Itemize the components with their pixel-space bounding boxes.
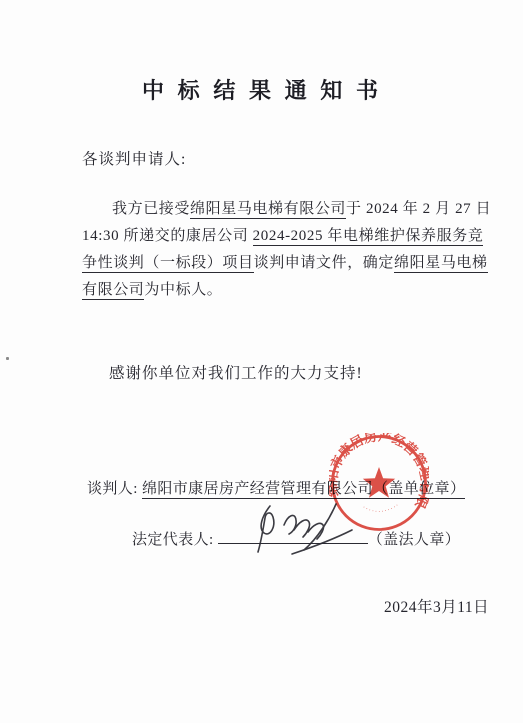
- body-segment-underlined: 争性谈判（一标段）项目: [82, 255, 254, 273]
- body-segment: 于 2024 年 2 月 27 日: [346, 201, 491, 217]
- stamp-serial-marks: ············: [361, 501, 401, 515]
- company-seal-stamp: 绵阳市康居房产经营管理有限公司 ············: [329, 433, 429, 533]
- body-paragraph: 我方已接受绵阳星马电梯有限公司于 2024 年 2 月 27 日14:30 所递…: [82, 196, 467, 304]
- legal-rep-note: （盖法人章）: [368, 532, 460, 548]
- body-line: 我方已接受绵阳星马电梯有限公司于 2024 年 2 月 27 日: [82, 196, 467, 223]
- legal-rep-label: 法定代表人:: [132, 532, 214, 548]
- body-line: 14:30 所递交的康居公司 2024-2025 年电梯维护保养服务竞: [82, 223, 467, 250]
- body-line: 争性谈判（一标段）项目谈判申请文件，确定绵阳星马电梯: [82, 250, 467, 277]
- scan-speck: [6, 357, 9, 360]
- body-segment: 谈判申请文件，确定: [254, 255, 394, 271]
- svg-text:············: ············: [361, 501, 401, 515]
- document-title: 中 标 结 果 通 知 书: [0, 74, 523, 105]
- body-segment-underlined: 2024-2025 年电梯维护保养服务竞: [253, 228, 484, 246]
- thanks-line: 感谢你单位对我们工作的大力支持!: [109, 361, 363, 383]
- notification-document: 中 标 结 果 通 知 书 各谈判申请人: 我方已接受绵阳星马电梯有限公司于 2…: [0, 0, 523, 723]
- body-segment: 为中标人。: [144, 282, 222, 298]
- body-segment-underlined: 绵阳星马电梯: [394, 255, 488, 273]
- body-segment-underlined: 有限公司: [82, 282, 144, 300]
- salutation-line: 各谈判申请人:: [82, 147, 186, 169]
- body-line: 有限公司为中标人。: [82, 277, 467, 304]
- negotiator-label: 谈判人:: [87, 481, 138, 497]
- body-segment-underlined: 绵阳星马电梯有限公司: [190, 201, 346, 219]
- stamp-star-icon: [363, 467, 395, 498]
- body-segment: 14:30 所递交的康居公司: [82, 228, 253, 244]
- document-date: 2024年3月11日: [384, 595, 489, 617]
- body-segment: 我方已接受: [112, 201, 190, 217]
